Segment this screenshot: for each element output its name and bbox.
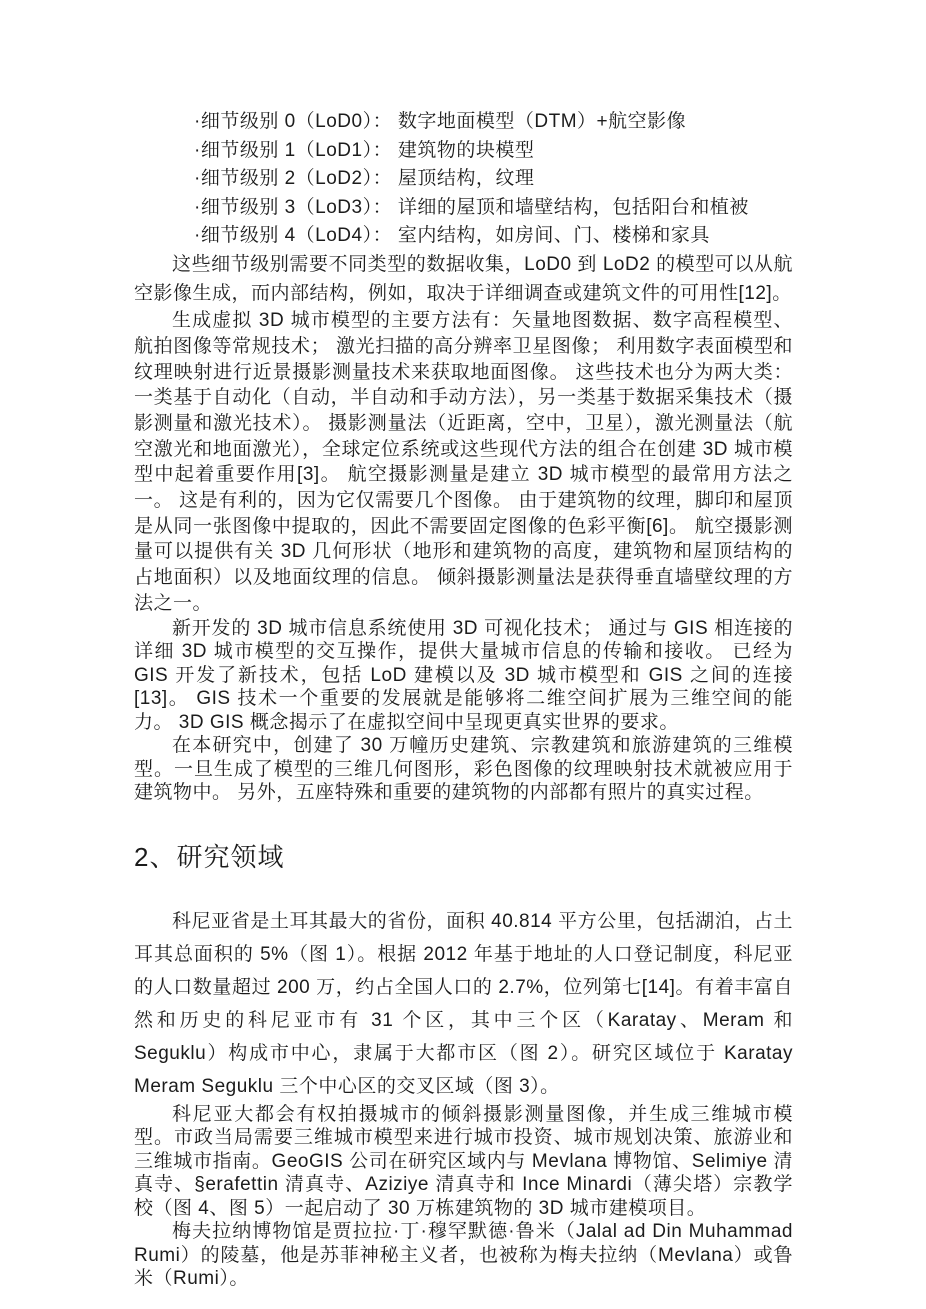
paragraph-mevlana-museum: 梅夫拉纳博物馆是贾拉拉·丁·穆罕默德·鲁米（Jalal ad Din Muham… xyxy=(134,1220,793,1291)
paragraph-generation-methods: 生成虚拟 3D 城市模型的主要方法有：矢量地图数据、数字高程模型、航拍图像等常规… xyxy=(134,308,793,616)
paragraph-data-collection: 这些细节级别需要不同类型的数据收集，LoD0 到 LoD2 的模型可以从航空影像… xyxy=(134,251,793,308)
lod3-bullet-item: ·细节级别 3（LoD3）： 详细的屋顶和墙壁结构，包括阳台和植被 xyxy=(194,194,793,223)
paragraph-konya-metropolitan: 科尼亚大都会有权拍摄城市的倾斜摄影测量图像，并生成三维城市模型。市政当局需要三维… xyxy=(134,1103,793,1221)
lod4-bullet-item: ·细节级别 4（LoD4）： 室内结构，如房间、门、楼梯和家具 xyxy=(194,222,793,251)
document-content: ·细节级别 0（LoD0）： 数字地面模型（DTM）+航空影像 ·细节级别 1（… xyxy=(134,108,793,1291)
lod0-bullet-item: ·细节级别 0（LoD0）： 数字地面模型（DTM）+航空影像 xyxy=(194,108,793,137)
lod2-bullet-item: ·细节级别 2（LoD2）： 屋顶结构，纹理 xyxy=(194,165,793,194)
paragraph-3d-city-information-system: 新开发的 3D 城市信息系统使用 3D 可视化技术； 通过与 GIS 相连接的详… xyxy=(134,617,793,735)
paragraph-study-models: 在本研究中，创建了 30 万幢历史建筑、宗教建筑和旅游建筑的三维模型。一旦生成了… xyxy=(134,734,793,805)
lod-bullet-list: ·细节级别 0（LoD0）： 数字地面模型（DTM）+航空影像 ·细节级别 1（… xyxy=(194,108,793,251)
document-page: ·细节级别 0（LoD0）： 数字地面模型（DTM）+航空影像 ·细节级别 1（… xyxy=(0,0,926,1309)
section-heading-study-area: 2、研究领域 xyxy=(134,837,793,874)
paragraph-konya-province: 科尼亚省是土耳其最大的省份，面积 40.814 平方公里，包括湖泊，占土耳其总面… xyxy=(134,905,793,1103)
lod1-bullet-item: ·细节级别 1（LoD1）： 建筑物的块模型 xyxy=(194,137,793,166)
